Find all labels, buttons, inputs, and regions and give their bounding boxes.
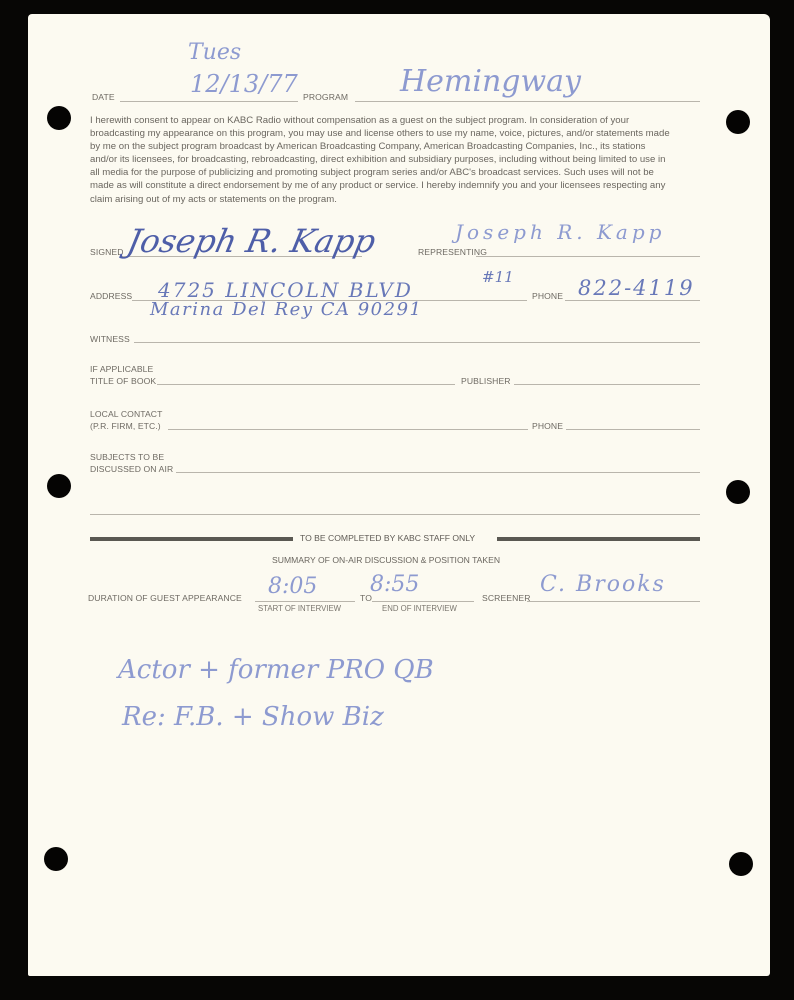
program-label: PROGRAM — [303, 92, 348, 102]
handwritten-summary-line2: Re: F.B. + Show Biz — [122, 702, 384, 732]
screener-field-line[interactable] — [527, 601, 700, 602]
local-phone-label: PHONE — [532, 421, 563, 431]
handwritten-phone: 822-4119 — [578, 276, 695, 300]
handwritten-screener: C. Brooks — [540, 572, 666, 597]
duration-label: DURATION OF GUEST APPEARANCE — [88, 593, 242, 603]
handwritten-program: Hemingway — [400, 64, 581, 99]
signed-label: SIGNED — [90, 247, 124, 257]
hole-punch — [44, 847, 68, 871]
consent-paragraph: I herewith consent to appear on KABC Rad… — [90, 114, 670, 206]
hole-punch — [726, 480, 750, 504]
signature: Joseph R. Kapp — [124, 222, 379, 260]
start-of-interview-label: START OF INTERVIEW — [258, 604, 341, 613]
date-label: DATE — [92, 92, 115, 102]
end-time-field-line[interactable] — [372, 601, 474, 602]
publisher-label: PUBLISHER — [461, 376, 511, 386]
subjects-label-2: DISCUSSED ON AIR — [90, 464, 173, 474]
handwritten-address-line2: Marina Del Rey CA 90291 — [150, 299, 422, 320]
handwritten-date: 12/13/77 — [190, 70, 298, 98]
title-of-book-field-line[interactable] — [157, 384, 455, 385]
staff-divider-left — [90, 537, 293, 541]
screener-label: SCREENER — [482, 593, 531, 603]
staff-only-heading: TO BE COMPLETED BY KABC STAFF ONLY — [300, 533, 475, 543]
handwritten-day: Tues — [188, 40, 241, 65]
phone-label: PHONE — [532, 291, 563, 301]
date-field-line[interactable] — [120, 101, 298, 102]
handwritten-representing: Joseph R. Kapp — [455, 220, 665, 244]
start-time-field-line[interactable] — [255, 601, 355, 602]
phone-field-line[interactable] — [565, 300, 700, 301]
summary-heading: SUMMARY OF ON-AIR DISCUSSION & POSITION … — [272, 555, 500, 565]
if-applicable-label: IF APPLICABLE — [90, 364, 153, 374]
representing-field-line[interactable] — [476, 256, 700, 257]
publisher-field-line[interactable] — [514, 384, 700, 385]
local-contact-field-line[interactable] — [168, 429, 528, 430]
hole-punch — [47, 106, 71, 130]
pr-firm-label: (P.R. FIRM, ETC.) — [90, 421, 161, 431]
program-field-line[interactable] — [355, 101, 700, 102]
hole-punch — [729, 852, 753, 876]
handwritten-apt: #11 — [482, 268, 514, 286]
witness-field-line[interactable] — [134, 342, 700, 343]
title-of-book-label: TITLE OF BOOK — [90, 376, 156, 386]
hole-punch — [726, 110, 750, 134]
local-phone-field-line[interactable] — [566, 429, 700, 430]
staff-divider-right — [497, 537, 700, 541]
handwritten-end-time: 8:55 — [370, 572, 419, 597]
subjects-field-line-1[interactable] — [176, 472, 700, 473]
address-label: ADDRESS — [90, 291, 132, 301]
witness-label: WITNESS — [90, 334, 130, 344]
local-contact-label: LOCAL CONTACT — [90, 409, 162, 419]
end-of-interview-label: END OF INTERVIEW — [382, 604, 457, 613]
handwritten-summary-line1: Actor + former PRO QB — [118, 655, 434, 685]
subjects-field-line-2[interactable] — [90, 514, 700, 515]
hole-punch — [47, 474, 71, 498]
handwritten-start-time: 8:05 — [268, 574, 317, 599]
subjects-label-1: SUBJECTS TO BE — [90, 452, 164, 462]
